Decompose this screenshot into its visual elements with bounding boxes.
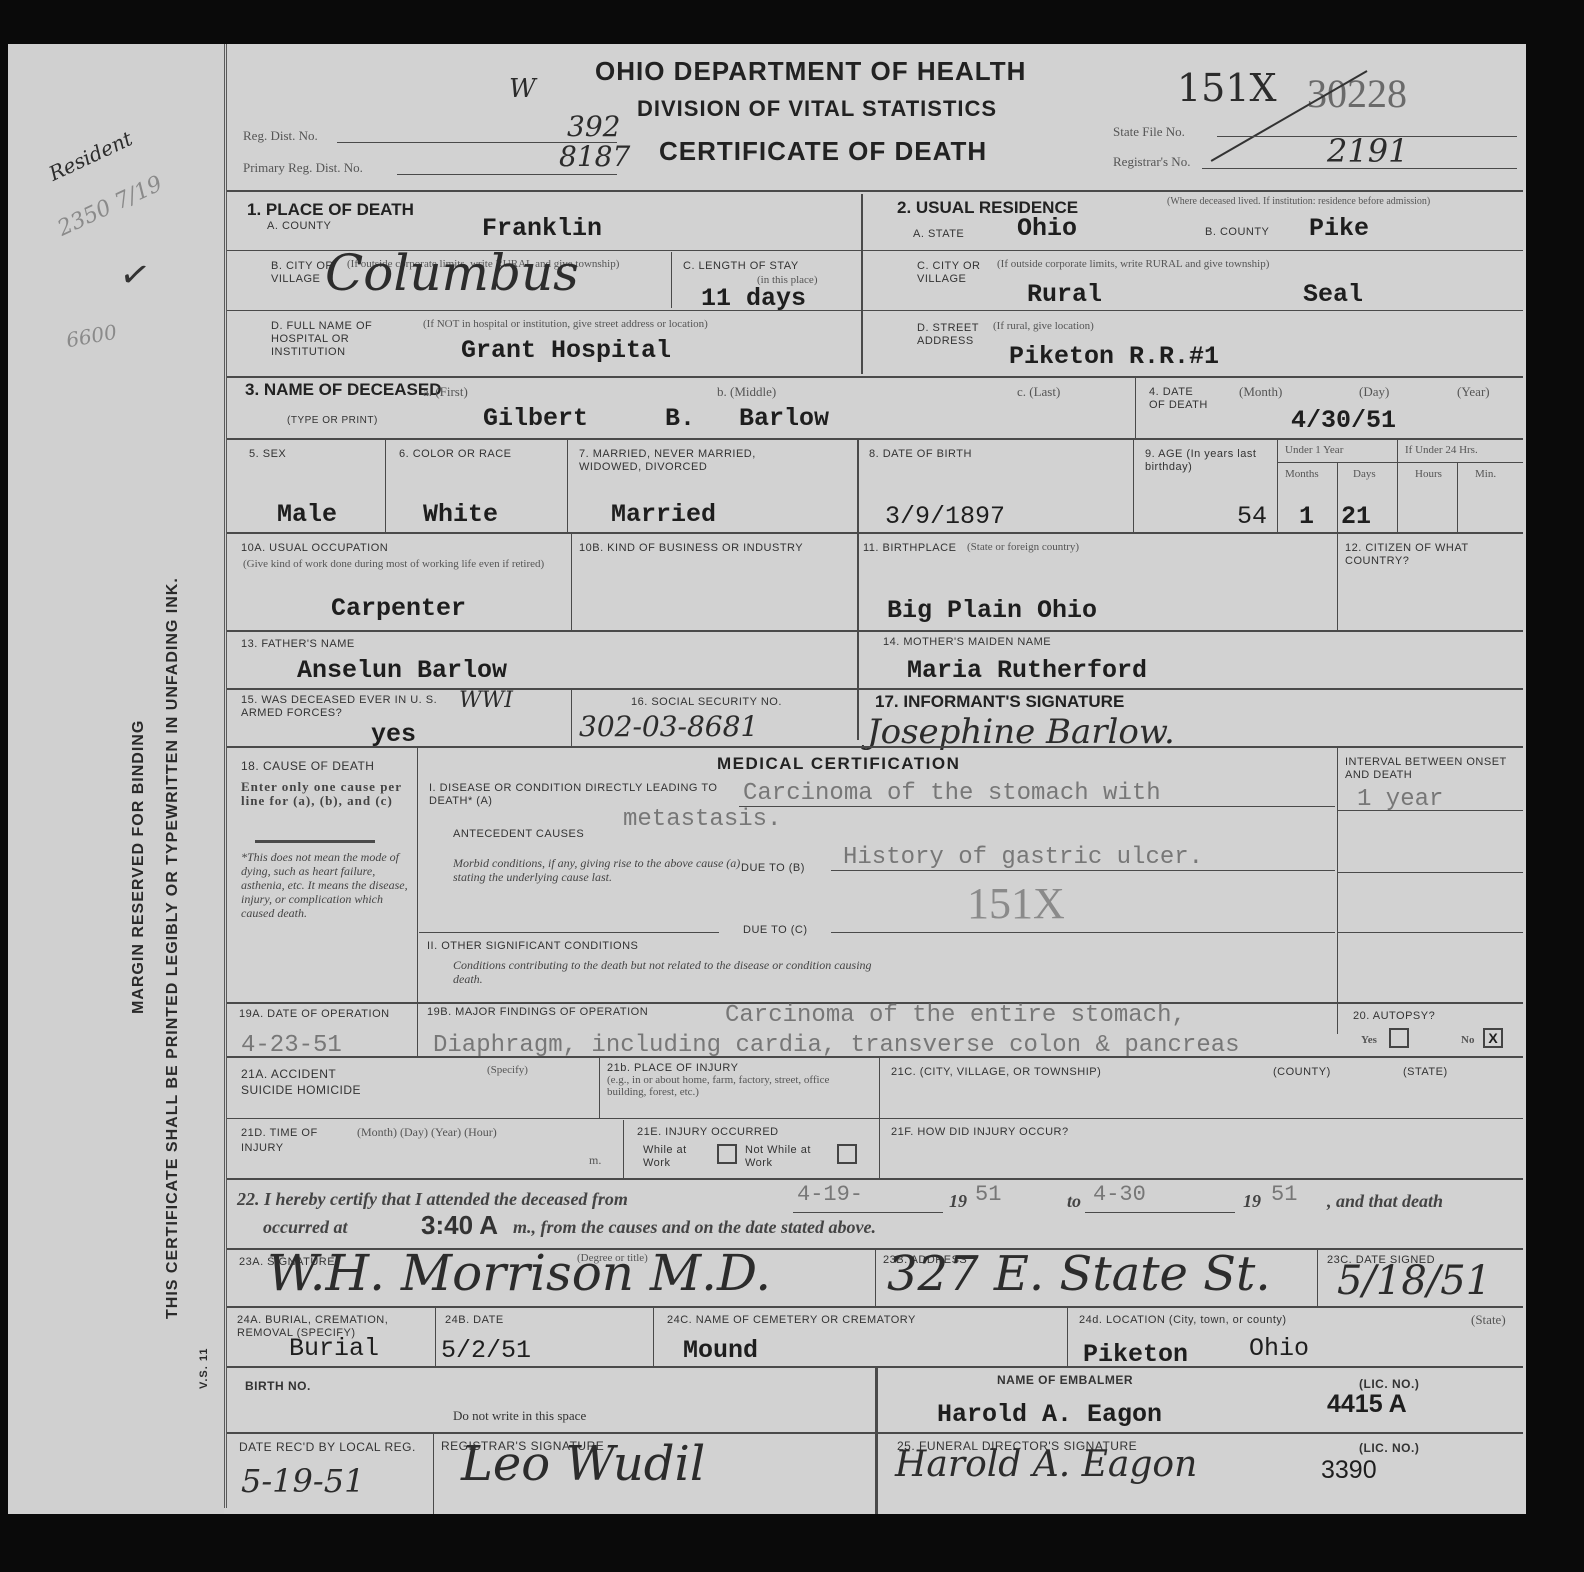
sex: Male — [277, 500, 337, 529]
embalmer-label: NAME OF EMBALMER — [997, 1374, 1133, 1387]
ssn: 302-03-8681 — [579, 710, 758, 743]
do-not-write: Do not write in this space — [453, 1410, 586, 1422]
checkmark-icon: ✓ — [117, 252, 154, 299]
mother-label: 14. MOTHER'S MAIDEN NAME — [883, 636, 1051, 649]
burial-date: 5/2/51 — [441, 1336, 531, 1365]
while-work-label: While at Work — [643, 1144, 713, 1170]
while-work-checkbox[interactable] — [717, 1144, 737, 1164]
attended-from-year: 51 — [975, 1182, 1001, 1207]
attended-to: 4-30 — [1093, 1182, 1146, 1207]
business-label: 10b. KIND OF BUSINESS OR INDUSTRY — [579, 542, 849, 555]
time-of-death: 3:40 A — [421, 1210, 498, 1241]
certificate-form: OHIO DEPARTMENT OF HEALTH DIVISION OF VI… — [224, 44, 1520, 1508]
division-title: DIVISION OF VITAL STATISTICS — [637, 96, 997, 122]
ssn-label: 16. SOCIAL SECURITY NO. — [631, 696, 782, 709]
primary-reg-label: Primary Reg. Dist. No. — [243, 162, 363, 174]
birthplace: Big Plain Ohio — [887, 596, 1097, 625]
note-resident: Resident — [45, 126, 136, 185]
autopsy-no-checkbox[interactable]: X — [1483, 1028, 1503, 1048]
cause-a-continued: metastasis. — [623, 806, 781, 833]
reg-dist-value: 392 — [567, 110, 620, 143]
how-injury-label: 21f. HOW DID INJURY OCCUR? — [891, 1126, 1069, 1139]
day-label: (Day) — [1359, 386, 1389, 398]
physician-signature: W.H. Morrison M.D. — [267, 1244, 771, 1302]
res-city: Rural — [1027, 280, 1102, 309]
cause-a: Carcinoma of the stomach with — [743, 780, 1161, 807]
occupation-hint: (Give kind of work done during most of w… — [243, 558, 563, 570]
res-state-label: a. STATE — [913, 228, 964, 241]
birthplace-label: 11. BIRTHPLACE — [863, 542, 956, 555]
not-while-work-label: Not While at Work — [745, 1144, 825, 1170]
not-while-work-checkbox[interactable] — [837, 1144, 857, 1164]
injury-city-label: 21c. (CITY, VILLAGE, OR TOWNSHIP) — [891, 1066, 1101, 1079]
birthplace-hint: (State or foreign country) — [967, 541, 1079, 553]
hospital-label: d. FULL NAME OF HOSPITAL OR INSTITUTION — [271, 320, 421, 359]
accident-label: 21a. ACCIDENT SUICIDE HOMICIDE — [241, 1066, 361, 1098]
dept-title: OHIO DEPARTMENT OF HEALTH — [595, 56, 1026, 87]
interval: 1 year — [1357, 786, 1443, 813]
age: 54 — [1237, 502, 1267, 531]
attended-from: 4-19- — [797, 1182, 863, 1207]
registrar-value: 2191 — [1327, 132, 1408, 170]
armed-forces-note: WWI — [459, 688, 513, 713]
cause-b: History of gastric ulcer. — [843, 844, 1203, 871]
due-c-label: DUE TO (c) — [743, 924, 808, 937]
embalmer-name: Harold A. Eagon — [937, 1400, 1162, 1429]
length-of-stay: 11 days — [701, 284, 806, 313]
cemetery-label: 24c. NAME OF CEMETERY OR CREMATORY — [667, 1314, 916, 1327]
mother-name: Maria Rutherford — [907, 656, 1147, 685]
occupation: Carpenter — [331, 594, 466, 623]
received-date: 5-19-51 — [241, 1462, 364, 1500]
reg-dist-label: Reg. Dist. No. — [243, 130, 318, 142]
armed-forces-label: 15. WAS DECEASED EVER IN U. S. ARMED FOR… — [241, 694, 481, 720]
res-county-label: b. COUNTY — [1205, 226, 1269, 239]
min-label: Min. — [1475, 468, 1496, 480]
director-lic: 3390 — [1321, 1456, 1377, 1485]
last-name: Barlow — [739, 404, 829, 433]
res-city-label: c. CITY OR VILLAGE — [917, 260, 987, 286]
state-file-label: State File No. — [1113, 126, 1185, 138]
injury-county-label: (COUNTY) — [1273, 1066, 1331, 1079]
primary-reg-value: 8187 — [559, 140, 630, 173]
death-certificate: Resident 2350 7/19 ✓ 6600 MARGIN RESERVE… — [8, 44, 1526, 1514]
marital-label: 7. MARRIED, NEVER MARRIED, WIDOWED, DIVO… — [579, 448, 809, 474]
birth-no-label: BIRTH NO. — [245, 1380, 311, 1393]
binding-notice: MARGIN RESERVED FOR BINDING — [130, 720, 148, 1014]
cemetery: Mound — [683, 1336, 758, 1365]
under24-label: If Under 24 Hrs. — [1405, 444, 1478, 456]
days: 21 — [1341, 502, 1371, 531]
father-label: 13. FATHER'S NAME — [241, 638, 355, 651]
location-state-label: (State) — [1471, 1314, 1506, 1326]
place-injury-hint: (e.g., in or about home, farm, factory, … — [607, 1074, 867, 1098]
interval-label: INTERVAL BETWEEN ONSET AND DEATH — [1345, 756, 1515, 782]
name-label: 3. NAME OF DECEASED — [245, 382, 405, 398]
race: White — [423, 500, 498, 529]
residence-hint: (Where deceased lived. If institution: r… — [1167, 196, 1517, 208]
hours-label: Hours — [1415, 468, 1442, 480]
county-label: a. COUNTY — [267, 220, 331, 233]
specify-label: (Specify) — [487, 1064, 528, 1076]
other-conditions-hint: Conditions contributing to the death but… — [453, 958, 893, 986]
certify-text: 22. I hereby certify that I attended the… — [237, 1192, 628, 1206]
certify-text-2: , and that death — [1327, 1194, 1443, 1208]
dod-label: 4. DATE OF DEATH — [1149, 386, 1209, 412]
death-city: Columbus — [325, 244, 579, 302]
first-label: a. (First) — [423, 386, 468, 398]
cause-of-death-label: 18. CAUSE OF DEATH — [241, 760, 374, 773]
sex-label: 5. SEX — [249, 448, 286, 461]
note-numbers: 2350 7/19 — [54, 171, 166, 241]
last-label: c. (Last) — [1017, 386, 1060, 398]
to-label: to — [1067, 1194, 1081, 1208]
operation-date: 4-23-51 — [241, 1032, 342, 1059]
year-label: (Year) — [1457, 386, 1490, 398]
time-of-injury-label: 21d. TIME OF INJURY — [241, 1126, 341, 1156]
dob-label: 8. DATE OF BIRTH — [869, 448, 972, 461]
autopsy-label: 20. AUTOPSY? — [1353, 1010, 1435, 1023]
name-sub: (TYPE OR PRINT) — [287, 414, 378, 427]
ink-instruction: THIS CERTIFICATE SHALL BE PRINTED LEGIBL… — [164, 577, 182, 1319]
hospital-hint: (If NOT in hospital or institution, give… — [423, 318, 853, 330]
cause-hint: Enter only one cause per line for (a), (… — [241, 780, 411, 808]
note-pencil: 6600 — [64, 320, 118, 352]
corner-mark: W — [509, 74, 536, 104]
certify-text-3: m., from the causes and on the date stat… — [513, 1220, 876, 1234]
middle-name: B. — [665, 404, 695, 433]
autopsy-yes-label: Yes — [1361, 1034, 1377, 1046]
res-city-hint: (If outside corporate limits, write RURA… — [997, 258, 1269, 270]
due-b-label: DUE TO (b) — [741, 862, 805, 875]
marital-status: Married — [611, 500, 716, 529]
received-label: DATE REC'D BY LOCAL REG. — [239, 1440, 429, 1454]
res-street: Piketon R.R.#1 — [1009, 342, 1219, 371]
burial-date-label: 24b. DATE — [445, 1314, 504, 1327]
res-state: Ohio — [1017, 214, 1077, 243]
informant-label: 17. INFORMANT'S SIGNATURE — [875, 692, 1124, 712]
medical-heading: MEDICAL CERTIFICATION — [717, 754, 960, 774]
res-county: Pike — [1309, 214, 1369, 243]
location-label: 24d. LOCATION (City, town, or county) — [1079, 1314, 1287, 1327]
disposition: Burial — [289, 1334, 379, 1363]
race-label: 6. COLOR OR RACE — [399, 448, 512, 461]
to-year-prefix: 19 — [1243, 1194, 1261, 1208]
stay-label: c. LENGTH OF STAY — [683, 260, 799, 273]
m-label: m. — [589, 1154, 601, 1166]
attended-to-year: 51 — [1271, 1182, 1297, 1207]
autopsy-yes-checkbox[interactable] — [1389, 1028, 1409, 1048]
findings-label: 19b. MAJOR FINDINGS OF OPERATION — [427, 1006, 648, 1019]
other-conditions-label: II. OTHER SIGNIFICANT CONDITIONS — [427, 940, 638, 953]
operation-date-label: 19a. DATE OF OPERATION — [239, 1008, 409, 1021]
injury-occurred-label: 21e. INJURY OCCURRED — [637, 1126, 779, 1139]
registrar-signature: Leo Wudil — [461, 1436, 705, 1492]
first-name: Gilbert — [483, 404, 588, 433]
cause-c-stamp: 151X — [967, 878, 1065, 929]
registrar-label: Registrar's No. — [1113, 156, 1190, 168]
binding-margin: Resident 2350 7/19 ✓ 6600 MARGIN RESERVE… — [8, 44, 224, 1514]
days-label: Days — [1353, 468, 1376, 480]
street-hint: (If rural, give location) — [993, 320, 1094, 332]
death-county: Franklin — [482, 214, 602, 243]
antecedent-label: ANTECEDENT CAUSES — [453, 828, 584, 841]
date-of-birth: 3/9/1897 — [885, 502, 1005, 531]
citizen-label: 12. CITIZEN OF WHAT COUNTRY? — [1345, 542, 1525, 568]
findings-line-1: Carcinoma of the entire stomach, — [725, 1002, 1186, 1029]
injury-state-label: (STATE) — [1403, 1066, 1448, 1079]
months-label: Months — [1285, 468, 1319, 480]
embalmer-lic: 4415 A — [1327, 1390, 1407, 1419]
form-number: V.S. 11 — [198, 1348, 210, 1389]
physician-address: 327 E. State St. — [887, 1246, 1271, 1302]
armed-forces: yes — [371, 720, 416, 749]
findings-line-2: Diaphragm, including cardia, transverse … — [433, 1032, 1240, 1059]
hospital-name: Grant Hospital — [461, 336, 671, 365]
cause-footnote: *This does not mean the mode of dying, s… — [241, 850, 411, 920]
cause-a-label: I. DISEASE OR CONDITION DIRECTLY LEADING… — [429, 782, 739, 808]
month-label: (Month) — [1239, 386, 1282, 398]
director-lic-label: (LIC. NO.) — [1359, 1442, 1419, 1455]
state-file-stamp: 151X — [1177, 66, 1277, 110]
months: 1 — [1299, 502, 1314, 531]
burial-state: Ohio — [1249, 1334, 1309, 1363]
place-of-death-label: 1. PLACE OF DEATH — [247, 200, 414, 220]
occurred-label: occurred at — [263, 1220, 348, 1234]
from-year-prefix: 19 — [949, 1194, 967, 1208]
street-label: d. STREET ADDRESS — [917, 322, 997, 348]
res-township: Seal — [1303, 280, 1363, 309]
burial-city: Piketon — [1083, 1340, 1188, 1369]
age-label: 9. AGE (In years last birthday) — [1145, 448, 1285, 474]
antecedent-hint: Morbid conditions, if any, giving rise t… — [453, 856, 753, 884]
autopsy-no-label: No — [1461, 1034, 1474, 1046]
certificate-title: CERTIFICATE OF DEATH — [659, 136, 987, 167]
time-cols-label: (Month) (Day) (Year) (Hour) — [357, 1126, 497, 1138]
date-of-death: 4/30/51 — [1291, 406, 1396, 435]
date-signed: 5/18/51 — [1337, 1258, 1491, 1304]
middle-label: b. (Middle) — [717, 386, 776, 398]
occupation-label: 10a. USUAL OCCUPATION — [241, 542, 388, 555]
father-name: Anselun Barlow — [297, 656, 507, 685]
funeral-director-signature: Harold A. Eagon — [895, 1444, 1197, 1485]
under1-label: Under 1 Year — [1285, 444, 1343, 456]
